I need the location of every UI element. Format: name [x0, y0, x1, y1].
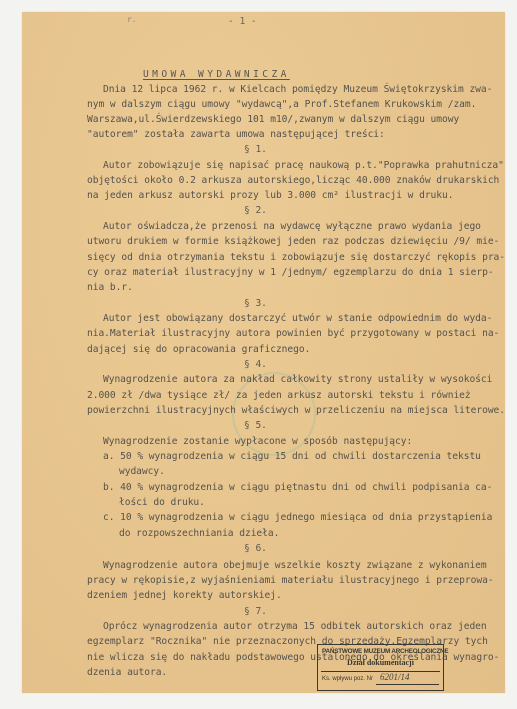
text-line: nia b.r. — [87, 282, 133, 294]
text-line: dającej się do opracowania graficznego. — [87, 344, 310, 356]
section-heading: § 4. — [244, 359, 267, 371]
text-line: Autor oświadcza,że przenosi na wydawcę w… — [103, 221, 481, 233]
text-line: Wynagrodzenie zostanie wypłacone w sposó… — [103, 436, 412, 448]
document-title: UMOWA WYDAWNICZA — [143, 69, 290, 81]
text-line: wydawcy. — [119, 466, 165, 478]
text-line: 2.000 zł /dwa tysiące zł/ za jeden arkus… — [87, 390, 471, 402]
section-heading: § 2. — [244, 205, 267, 217]
text-line: powierzchni ilustracyjnych właściwych w … — [87, 405, 505, 417]
page-number: - 1 - — [228, 16, 257, 28]
stamp-register-label: Ks. wpływu poz. Nr — [322, 676, 373, 682]
text-line: na jeden arkusz autorski prozy lub 3.000… — [87, 190, 453, 202]
section-heading: § 3. — [244, 298, 267, 310]
section-heading: § 1. — [244, 144, 267, 156]
section-heading: § 7. — [244, 606, 267, 618]
text-line: do rozpowszechniania dzieła. — [119, 528, 279, 540]
text-line: utworu drukiem w formie książkowej jeden… — [87, 236, 499, 248]
list-item: b. 40 % wynagrodzenia w ciągu piętnastu … — [103, 482, 492, 494]
text-line: dzenia autora. — [87, 667, 167, 679]
text-line: pracy w rękopisie,z wyjaśnieniami materi… — [87, 575, 494, 587]
list-item: c. 10 % wynagrodzenia w ciągu jednego mi… — [103, 512, 492, 524]
text-line: sięcy od dnia otrzymania tekstu i zobowi… — [87, 252, 505, 264]
text-line: Oprócz wynagrodzenia autor otrzyma 15 od… — [103, 621, 487, 633]
text-line: "autorem" została zawarta umowa następuj… — [87, 129, 385, 141]
text-line: Dnia 12 lipca 1962 r. w Kielcach pomiędz… — [103, 84, 492, 96]
text-line: Wynagrodzenie autora za nakład całkowity… — [103, 374, 492, 386]
stamp-number-line — [376, 684, 439, 685]
stamp-institution: PAŃSTWOWE MUZEUM ARCHEOLOGICZNE — [322, 648, 448, 655]
section-heading: § 6. — [244, 543, 267, 555]
text-line: Autor zobowiązuje się napisać pracę nauk… — [103, 160, 504, 172]
text-line: cy oraz materiał ilustracyjny w 1 /jedny… — [87, 267, 494, 279]
text-line: objętości około 0.2 arkusza autorskiego,… — [87, 175, 499, 187]
corner-mark: r. — [127, 14, 137, 26]
stamp-register-number: 6201/14 — [380, 672, 410, 682]
archive-stamp: PAŃSTWOWE MUZEUM ARCHEOLOGICZNE Dział do… — [317, 644, 444, 691]
text-line: dzeniem jednej korekty autorskiej. — [87, 590, 282, 602]
text-line: Autor jest obowiązany dostarczyć utwór w… — [103, 313, 492, 325]
text-line: nym w dalszym ciągu umowy "wydawcą",a Pr… — [87, 99, 476, 111]
list-item: a. 50 % wynagrodzenia w ciągu 15 dni od … — [103, 451, 481, 463]
document-page: r. - 1 - UMOWA WYDAWNICZA Dnia 12 lipca … — [22, 12, 505, 693]
text-line: łości do druku. — [119, 497, 205, 509]
text-line: Warszawa,ul.Świerdzewskiego 101 m10/,zwa… — [87, 114, 459, 126]
text-line: nia.Materiał ilustracyjny autora powinie… — [87, 328, 499, 340]
stamp-department: Dział dokumentacji — [318, 658, 443, 667]
text-line: Wynagrodzenie autora obejmuje wszelkie k… — [103, 560, 487, 572]
section-heading: § 5. — [244, 420, 267, 432]
